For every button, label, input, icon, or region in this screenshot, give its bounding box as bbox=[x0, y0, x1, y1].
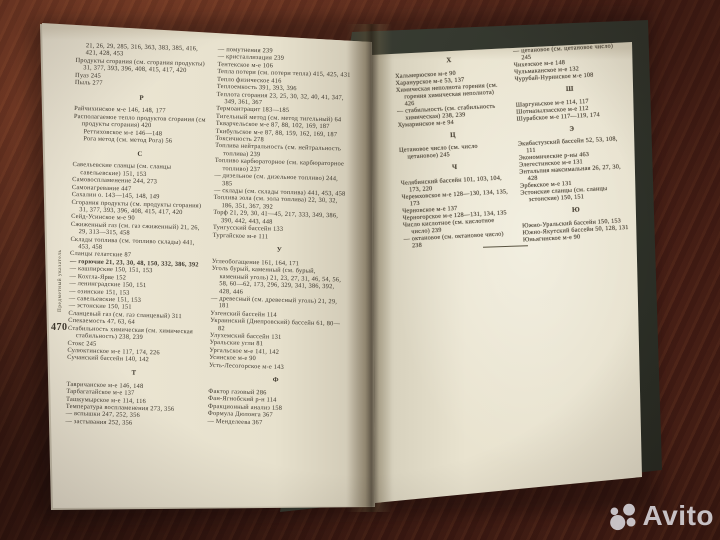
avito-logo-icon bbox=[606, 501, 639, 531]
index-entry: Уголь бурый, каменный (см. бурый, каменн… bbox=[211, 265, 346, 298]
section-letter: У bbox=[212, 245, 346, 257]
section-letter: Ф bbox=[209, 375, 343, 387]
section-letter: Э bbox=[517, 123, 626, 136]
section-letter: Х bbox=[394, 54, 503, 67]
section-letter: Т bbox=[67, 368, 201, 380]
index-column: 21, 26, 29, 285, 316, 363, 383, 385, 416… bbox=[65, 42, 210, 429]
section-end-rule bbox=[483, 245, 528, 248]
index-entry: Цетановое число (см. число цетановое) 24… bbox=[399, 142, 509, 162]
margin-running-title: Предметный указатель bbox=[57, 246, 68, 312]
book-right-page: ХХальмерюское м-е 90Харанурское м-е 53, … bbox=[370, 40, 643, 505]
index-column: ХХальмерюское м-е 90Харанурское м-е 53, … bbox=[394, 48, 513, 249]
left-page-text: 21, 26, 29, 285, 316, 363, 383, 385, 416… bbox=[65, 42, 352, 433]
page-number: 470 bbox=[51, 322, 68, 333]
section-letter: С bbox=[73, 148, 207, 160]
index-column: — помутнения 239— кристаллизация 239Тент… bbox=[207, 46, 352, 433]
section-letter: Р bbox=[74, 93, 208, 105]
index-column: — цетановое (см. цетановое число) 245Чих… bbox=[513, 42, 632, 243]
section-letter: Ч bbox=[400, 161, 509, 174]
section-letter: Ц bbox=[398, 129, 507, 142]
book-left-page: Предметный указатель 470 21, 26, 29, 285… bbox=[42, 22, 375, 510]
section-letter: Ю bbox=[521, 204, 630, 217]
book-gutter bbox=[346, 24, 392, 512]
photo-open-book-on-table: Предметный указатель 470 21, 26, 29, 285… bbox=[0, 0, 720, 540]
right-page-text: ХХальмерюское м-е 90Харанурское м-е 53, … bbox=[394, 42, 632, 250]
avito-wordmark: Avito bbox=[643, 500, 714, 532]
section-letter: Ш bbox=[515, 83, 624, 96]
avito-watermark: Avito bbox=[606, 500, 714, 532]
